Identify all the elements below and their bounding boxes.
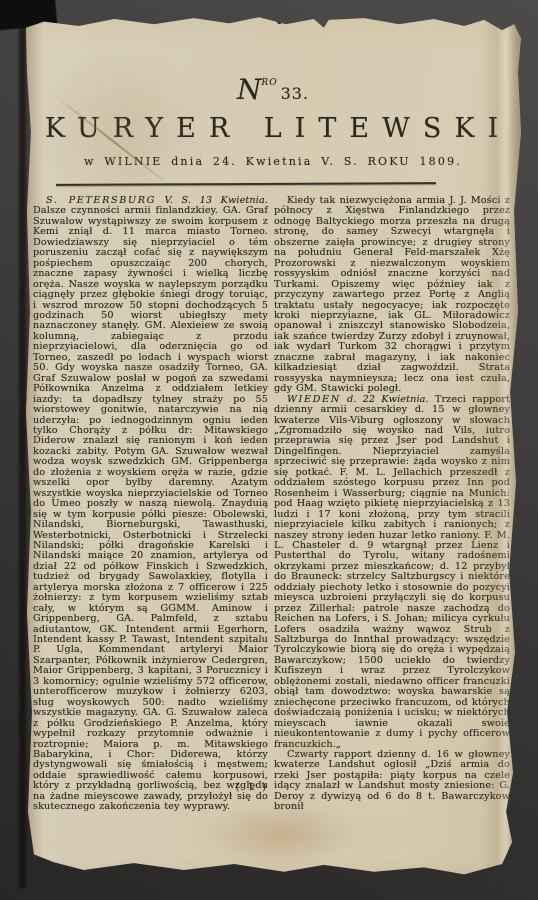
issue-number: NRO33. xyxy=(24,76,522,104)
article-text: Czwarty rapport dzienny d. 16 w głowney … xyxy=(274,749,510,812)
left-column: S. PETERSBURG V. S. 13 Kwietnia. Dalsze … xyxy=(33,196,268,813)
article-paragraph: WIEDEN d. 22 Kwietnia. Trzeci rapport dz… xyxy=(274,395,510,750)
masthead-dateline: w WILNIE dnia 24. Kwietnia V. S. ROKU 18… xyxy=(24,155,522,168)
right-column: Kiedy tak niezwyciężona armia J. J. Mośc… xyxy=(274,196,510,813)
issue-prefix: N xyxy=(237,73,262,106)
article-paragraph: Kiedy tak niezwyciężona armia J. J. Mośc… xyxy=(274,196,510,395)
article-paragraph: S. PETERSBURG V. S. 13 Kwietnia. Dalsze … xyxy=(33,196,268,813)
page-number: ( 1 ) xyxy=(24,782,480,793)
scan-background: NRO33. KURYER LITEWSKI w WILNIE dnia 24.… xyxy=(0,0,538,900)
paper-tear-notch xyxy=(276,12,283,24)
article-text: Kiedy tak niezwyciężona armia J. J. Mośc… xyxy=(274,195,510,394)
issue-superscript: RO xyxy=(261,78,277,88)
issue-value: 33. xyxy=(278,84,309,103)
newspaper-title: KURYER LITEWSKI xyxy=(24,113,522,144)
article-dateline: d. 22 Kwietnia. xyxy=(347,394,429,405)
newspaper-page: NRO33. KURYER LITEWSKI w WILNIE dnia 24.… xyxy=(24,12,522,884)
masthead: NRO33. KURYER LITEWSKI w WILNIE dnia 24.… xyxy=(24,12,522,185)
paper-stain xyxy=(204,804,359,866)
article-text: Trzeci rapport dzienny armii cesarskiey … xyxy=(274,394,510,750)
article-text: Dalsze czynności armii finlandzkiey. GA.… xyxy=(33,205,268,812)
article-columns: S. PETERSBURG V. S. 13 Kwietnia. Dalsze … xyxy=(24,185,522,813)
article-heading: WIEDEN xyxy=(287,394,341,405)
scan-gutter-shadow xyxy=(19,8,26,888)
